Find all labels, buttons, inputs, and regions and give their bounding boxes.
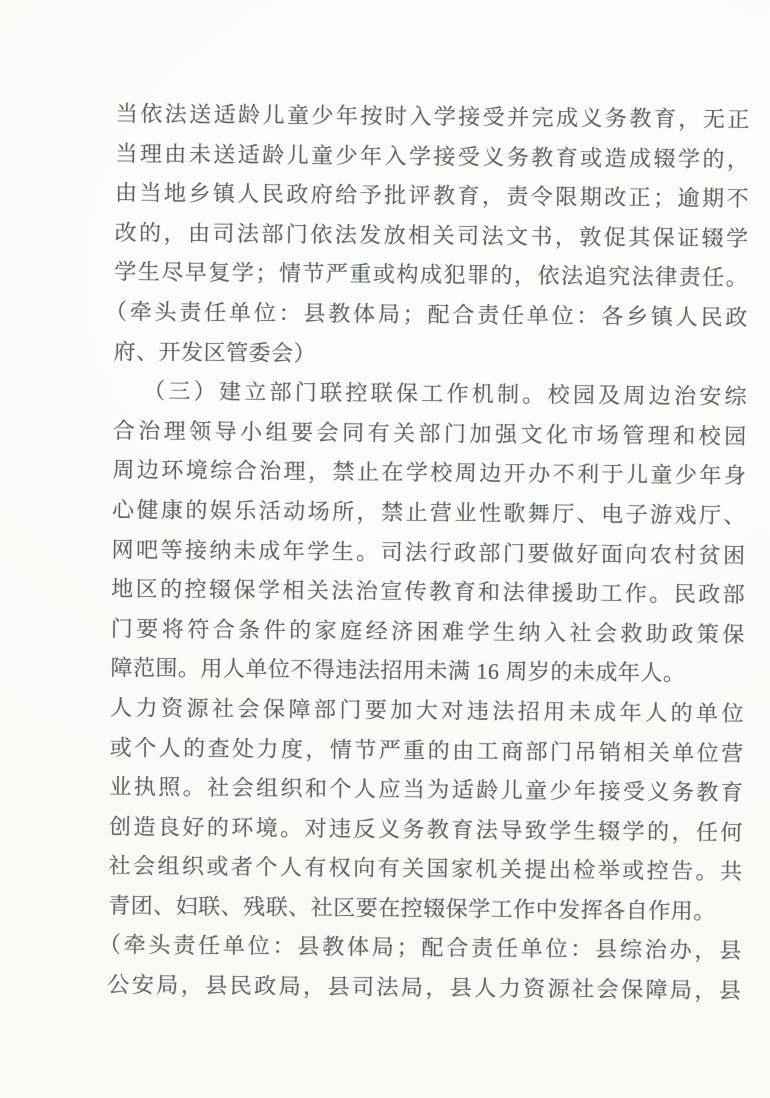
text-line: 当依法送适龄儿童少年按时入学接受并完成义务教育，无正 — [116, 94, 750, 140]
text-line: 人力资源社会保障部门要加大对违法招用未成年人的单位 — [110, 688, 744, 734]
text-line: 障范围。用人单位不得违法招用未满 16 周岁的未成年人。 — [110, 648, 744, 694]
text-line: 创造良好的环境。对违反义务教育法导致学生辍学的，任何 — [109, 807, 743, 853]
text-line: 或个人的查处力度，情节严重的由工商部门吊销相关单位营 — [110, 727, 744, 773]
text-line: （牵头责任单位：县教体局；配合责任单位：县综治办，县 — [99, 925, 742, 971]
text-line: （牵头责任单位：县教体局；配合责任单位：各乡镇人民政 — [105, 292, 748, 338]
text-line: 当理由未送适龄儿童少年入学接受义务教育或造成辍学的， — [115, 134, 749, 180]
text-line: 学生尽早复学；情节严重或构成犯罪的，依法追究法律责任。 — [114, 252, 748, 298]
text-line: 公安局，县民政局，县司法局，县人力资源社会保障局，县 — [107, 965, 741, 1011]
text-line: 青团、妇联、残联、社区要在控辍保学工作中发挥各自作用。 — [108, 886, 742, 932]
text-line: 社会组织或者个人有权向有关国家机关提出检举或控告。共 — [108, 846, 742, 892]
text-line: 由当地乡镇人民政府给予批评教育，责令限期改正；逾期不 — [115, 173, 749, 219]
text-line: 心健康的娱乐活动场所，禁止营业性歌舞厅、电子游戏厅、 — [112, 490, 746, 536]
text-line: 府、开发区管委会） — [113, 332, 747, 378]
text-line: 改的，由司法部门依法发放相关司法文书，敦促其保证辍学 — [114, 213, 748, 259]
text-line: 周边环境综合治理，禁止在学校周边开办不利于儿童少年身 — [112, 450, 746, 496]
scanned-document-page: 当依法送适龄儿童少年按时入学接受并完成义务教育，无正 当理由未送适龄儿童少年入学… — [0, 0, 770, 1098]
document-text-block: 当依法送适龄儿童少年按时入学接受并完成义务教育，无正 当理由未送适龄儿童少年入学… — [107, 94, 750, 1011]
text-line: 门要将符合条件的家庭经济困难学生纳入社会救助政策保 — [111, 609, 745, 655]
text-line: 网吧等接纳未成年学生。司法行政部门要做好面向农村贫困 — [111, 530, 745, 576]
text-line: 地区的控辍保学相关法治宣传教育和法律援助工作。民政部 — [111, 569, 745, 615]
text-line: （三）建立部门联控联保工作机制。校园及周边治安综 — [113, 371, 747, 417]
text-line: 合治理领导小组要会同有关部门加强文化市场管理和校园 — [113, 411, 747, 457]
text-line: 业执照。社会组织和个人应当为适龄儿童少年接受义务教育 — [109, 767, 743, 813]
